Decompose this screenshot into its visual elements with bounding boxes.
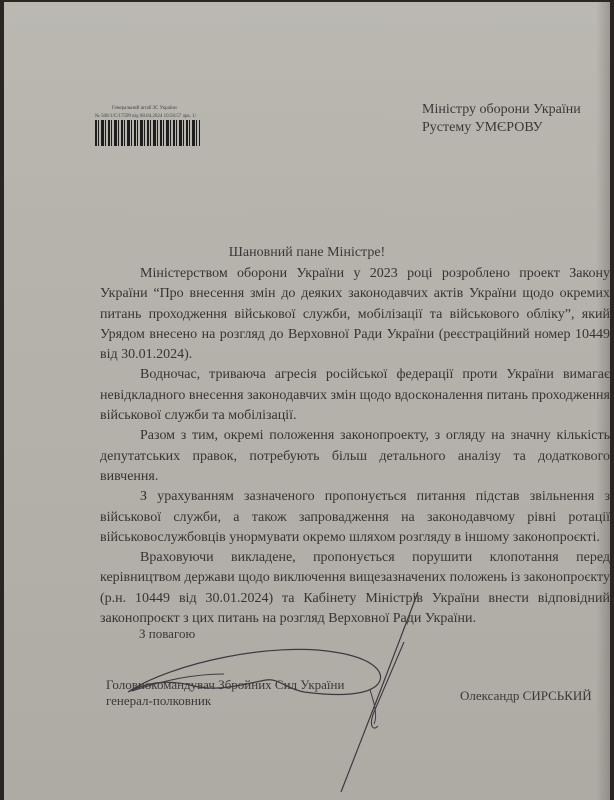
letter-page: Генеральний штаб ЗС України № 500/1/С/17…	[4, 2, 610, 800]
recipient-block: Міністру оборони України Рустему УМЄРОВУ	[422, 101, 581, 137]
signer-position: Головнокомандувач Збройних Сил України г…	[106, 677, 344, 709]
paragraph: Враховуючи викладене, пропонується поруш…	[100, 548, 610, 629]
signer-rank: генерал-полковник	[106, 693, 344, 709]
paragraph: Разом з тим, окремі положення законопрое…	[100, 426, 610, 487]
signer-name: Олександр СИРСЬКИЙ	[460, 688, 592, 704]
paragraph: Міністерством оборони України у 2023 роц…	[100, 264, 610, 365]
signer-position-line1: Головнокомандувач Збройних Сил України	[106, 677, 344, 693]
paragraph: З урахуванням зазначеного пропонується п…	[100, 487, 610, 548]
recipient-name: Рустему УМЄРОВУ	[422, 119, 581, 137]
letter-body: Міністерством оборони України у 2023 роц…	[100, 264, 610, 629]
greeting: Шановний пане Міністре!	[4, 245, 610, 261]
barcode-icon	[95, 120, 200, 146]
registration-issuer: Генеральний штаб ЗС України	[112, 106, 177, 111]
paragraph: Водночас, триваюча агресія російської фе…	[100, 365, 610, 426]
registration-number: № 500/1/С/17599 від 08.04.2024 10:56:57 …	[95, 114, 196, 119]
closing: З повагою	[139, 626, 195, 642]
recipient-title: Міністру оборони України	[422, 101, 581, 119]
